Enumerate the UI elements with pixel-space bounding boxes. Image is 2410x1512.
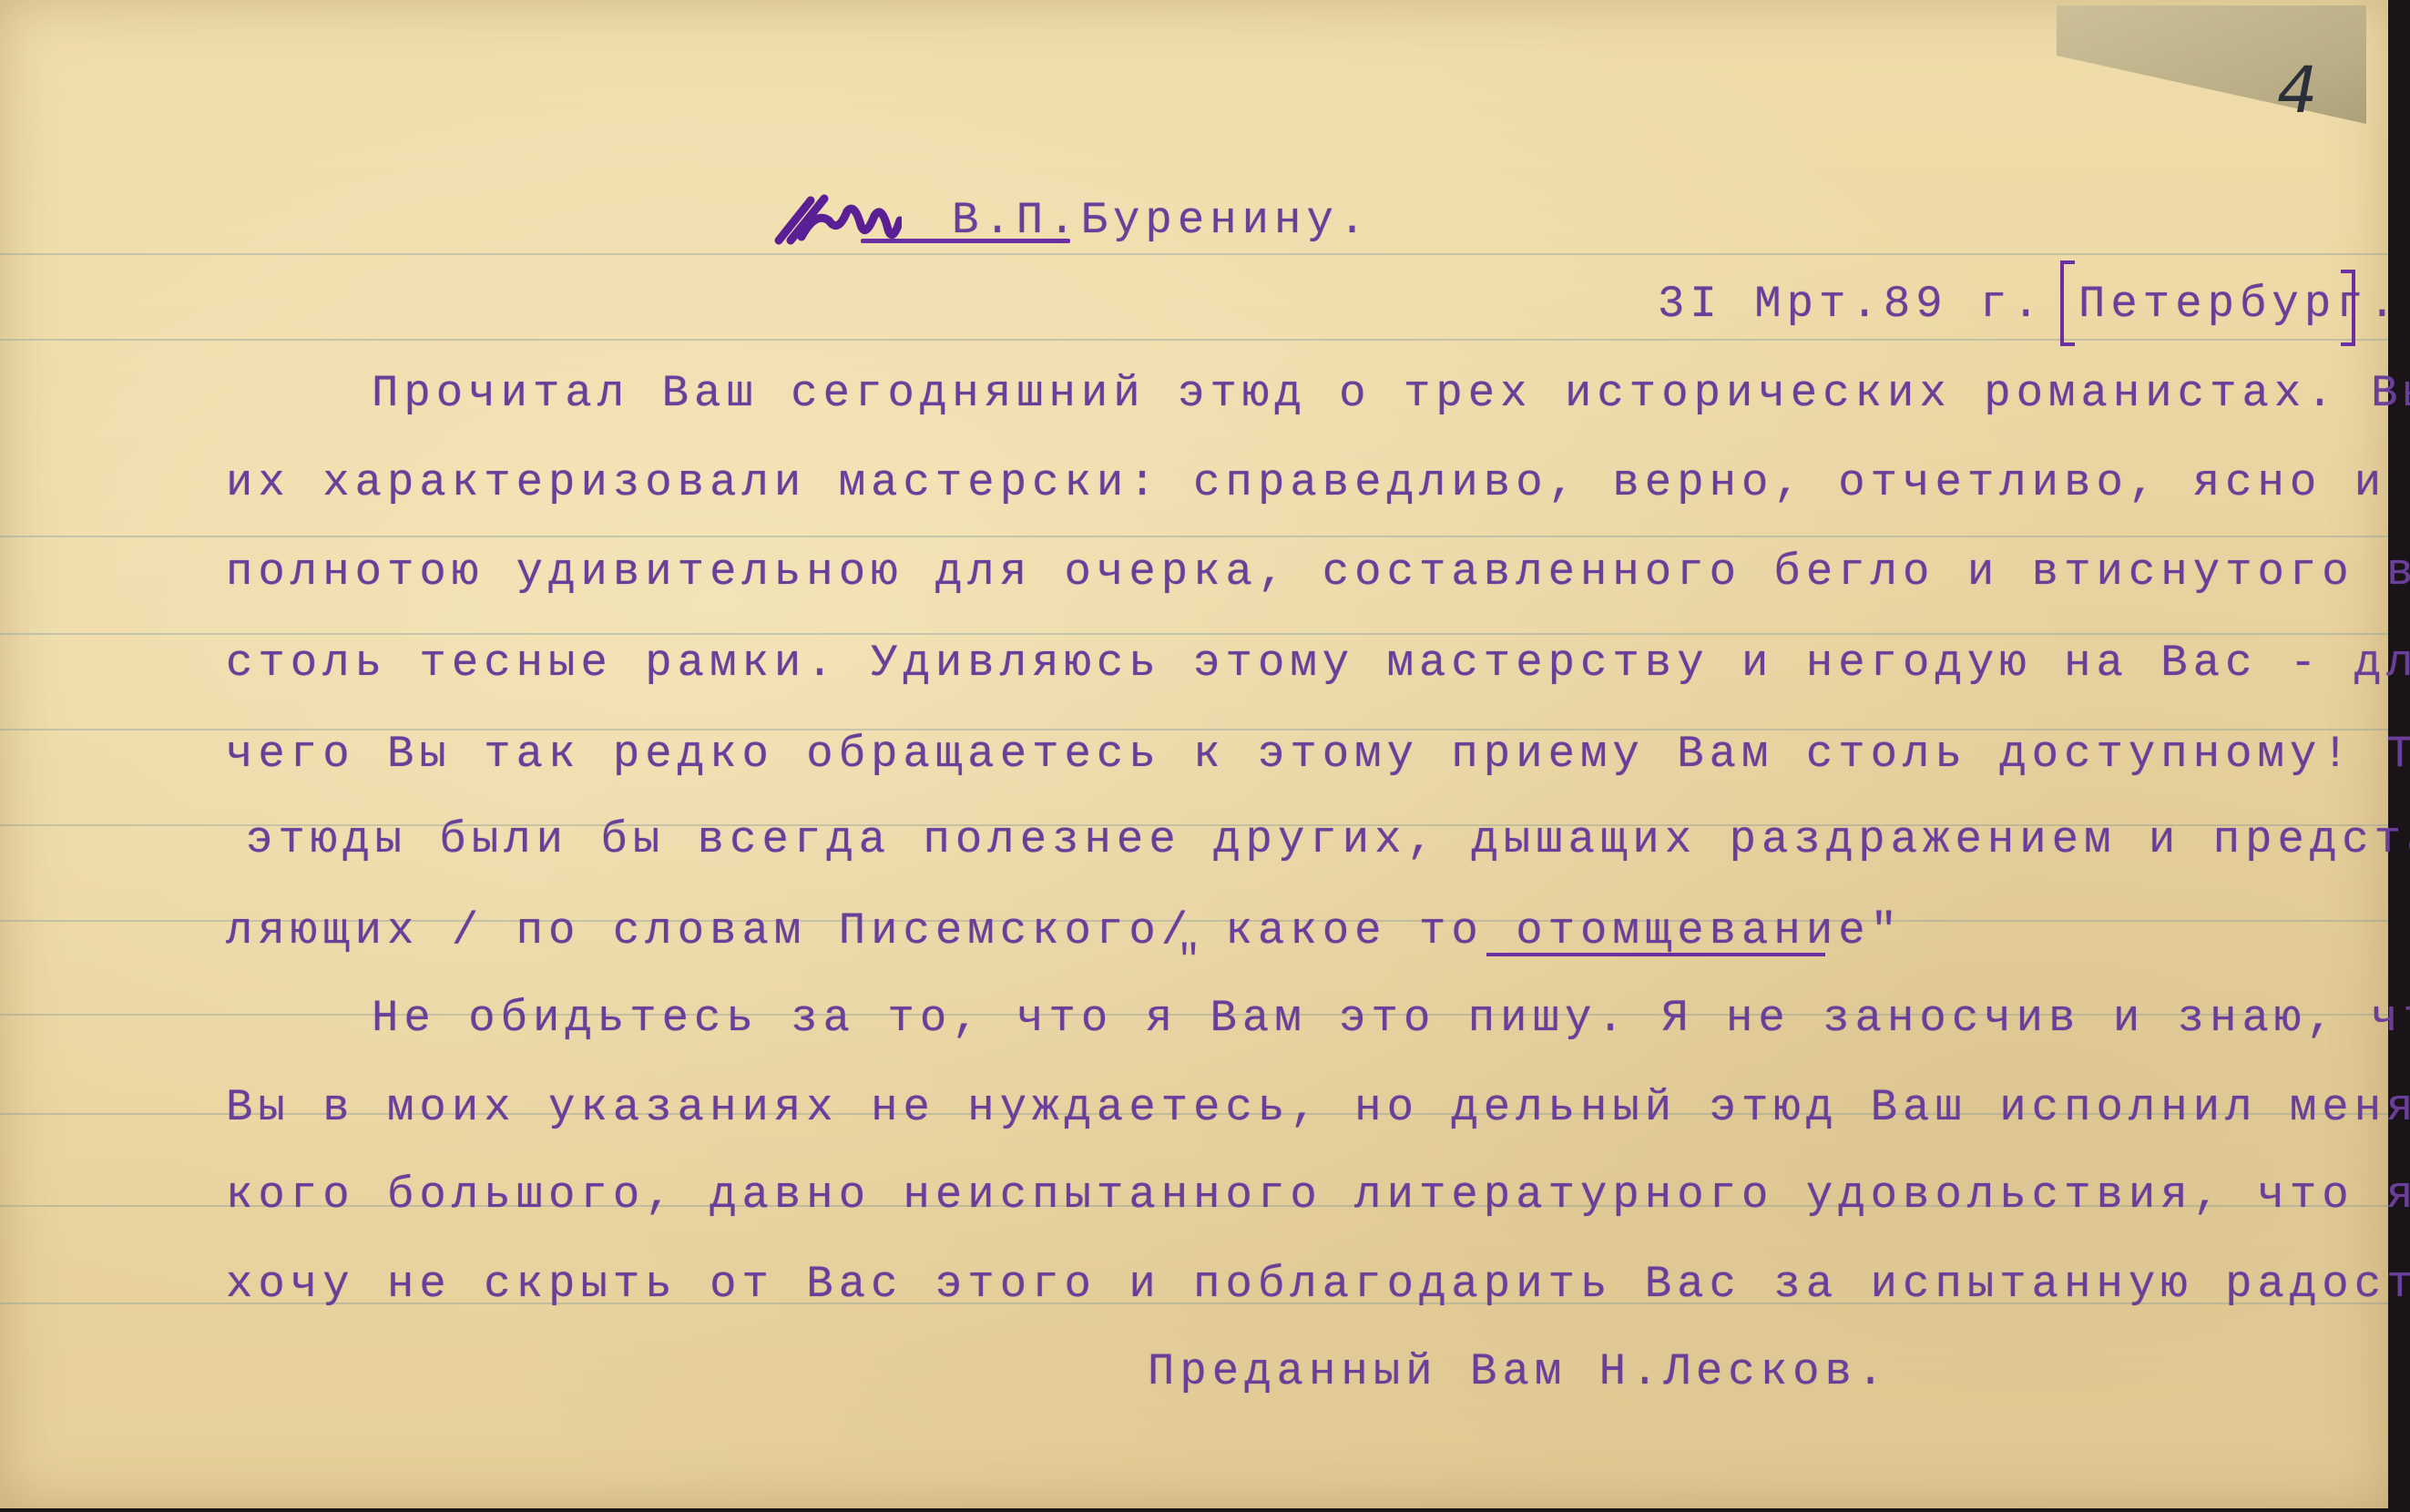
folded-corner xyxy=(2057,5,2366,124)
addressee-underline xyxy=(861,239,1070,243)
ruled-line xyxy=(0,253,2388,255)
letter-date: 3I Мрт.89 г. xyxy=(1658,279,2045,330)
body-line-11: хочу не скрыть от Вас этого и поблагодар… xyxy=(226,1259,2410,1310)
body-line-2: их характеризовали мастерски: справедлив… xyxy=(226,457,2410,508)
bracket-right xyxy=(2341,270,2355,346)
body-line-1: Прочитал Ваш сегодняшний этюд о трех ист… xyxy=(372,368,2410,419)
signature: Преданный Вам Н.Лесков. xyxy=(1148,1346,1889,1397)
body-line-7: ляющих / по словам Писемского/ какое то … xyxy=(226,905,1903,956)
page-number: 4 xyxy=(2277,53,2318,128)
body-line-10: кого большого, давно неиспытанного литер… xyxy=(226,1170,2410,1221)
ruled-line xyxy=(0,633,2388,635)
bracket-left xyxy=(2060,261,2075,346)
word-underline xyxy=(1486,953,1825,956)
letter-sheet: 4 В.П.Буренину. 3I Мрт.89 г. Петербург. … xyxy=(0,0,2388,1508)
opening-quote: " xyxy=(1177,938,1200,984)
body-line-5: чего Вы так редко обращаетесь к этому пр… xyxy=(226,729,2410,780)
body-line-3: полнотою удивительною для очерка, состав… xyxy=(226,547,2410,598)
body-line-9: Вы в моих указаниях не нуждаетесь, но де… xyxy=(226,1082,2410,1133)
body-line-6: этюды были бы всегда полезнее других, ды… xyxy=(246,814,2410,865)
body-line-4: столь тесные рамки. Удивляюсь этому маст… xyxy=(226,638,2410,689)
ruled-line xyxy=(0,339,2388,341)
ruled-line xyxy=(0,536,2388,537)
body-line-8: Не обидьтесь за то, что я Вам это пишу. … xyxy=(372,993,2410,1044)
